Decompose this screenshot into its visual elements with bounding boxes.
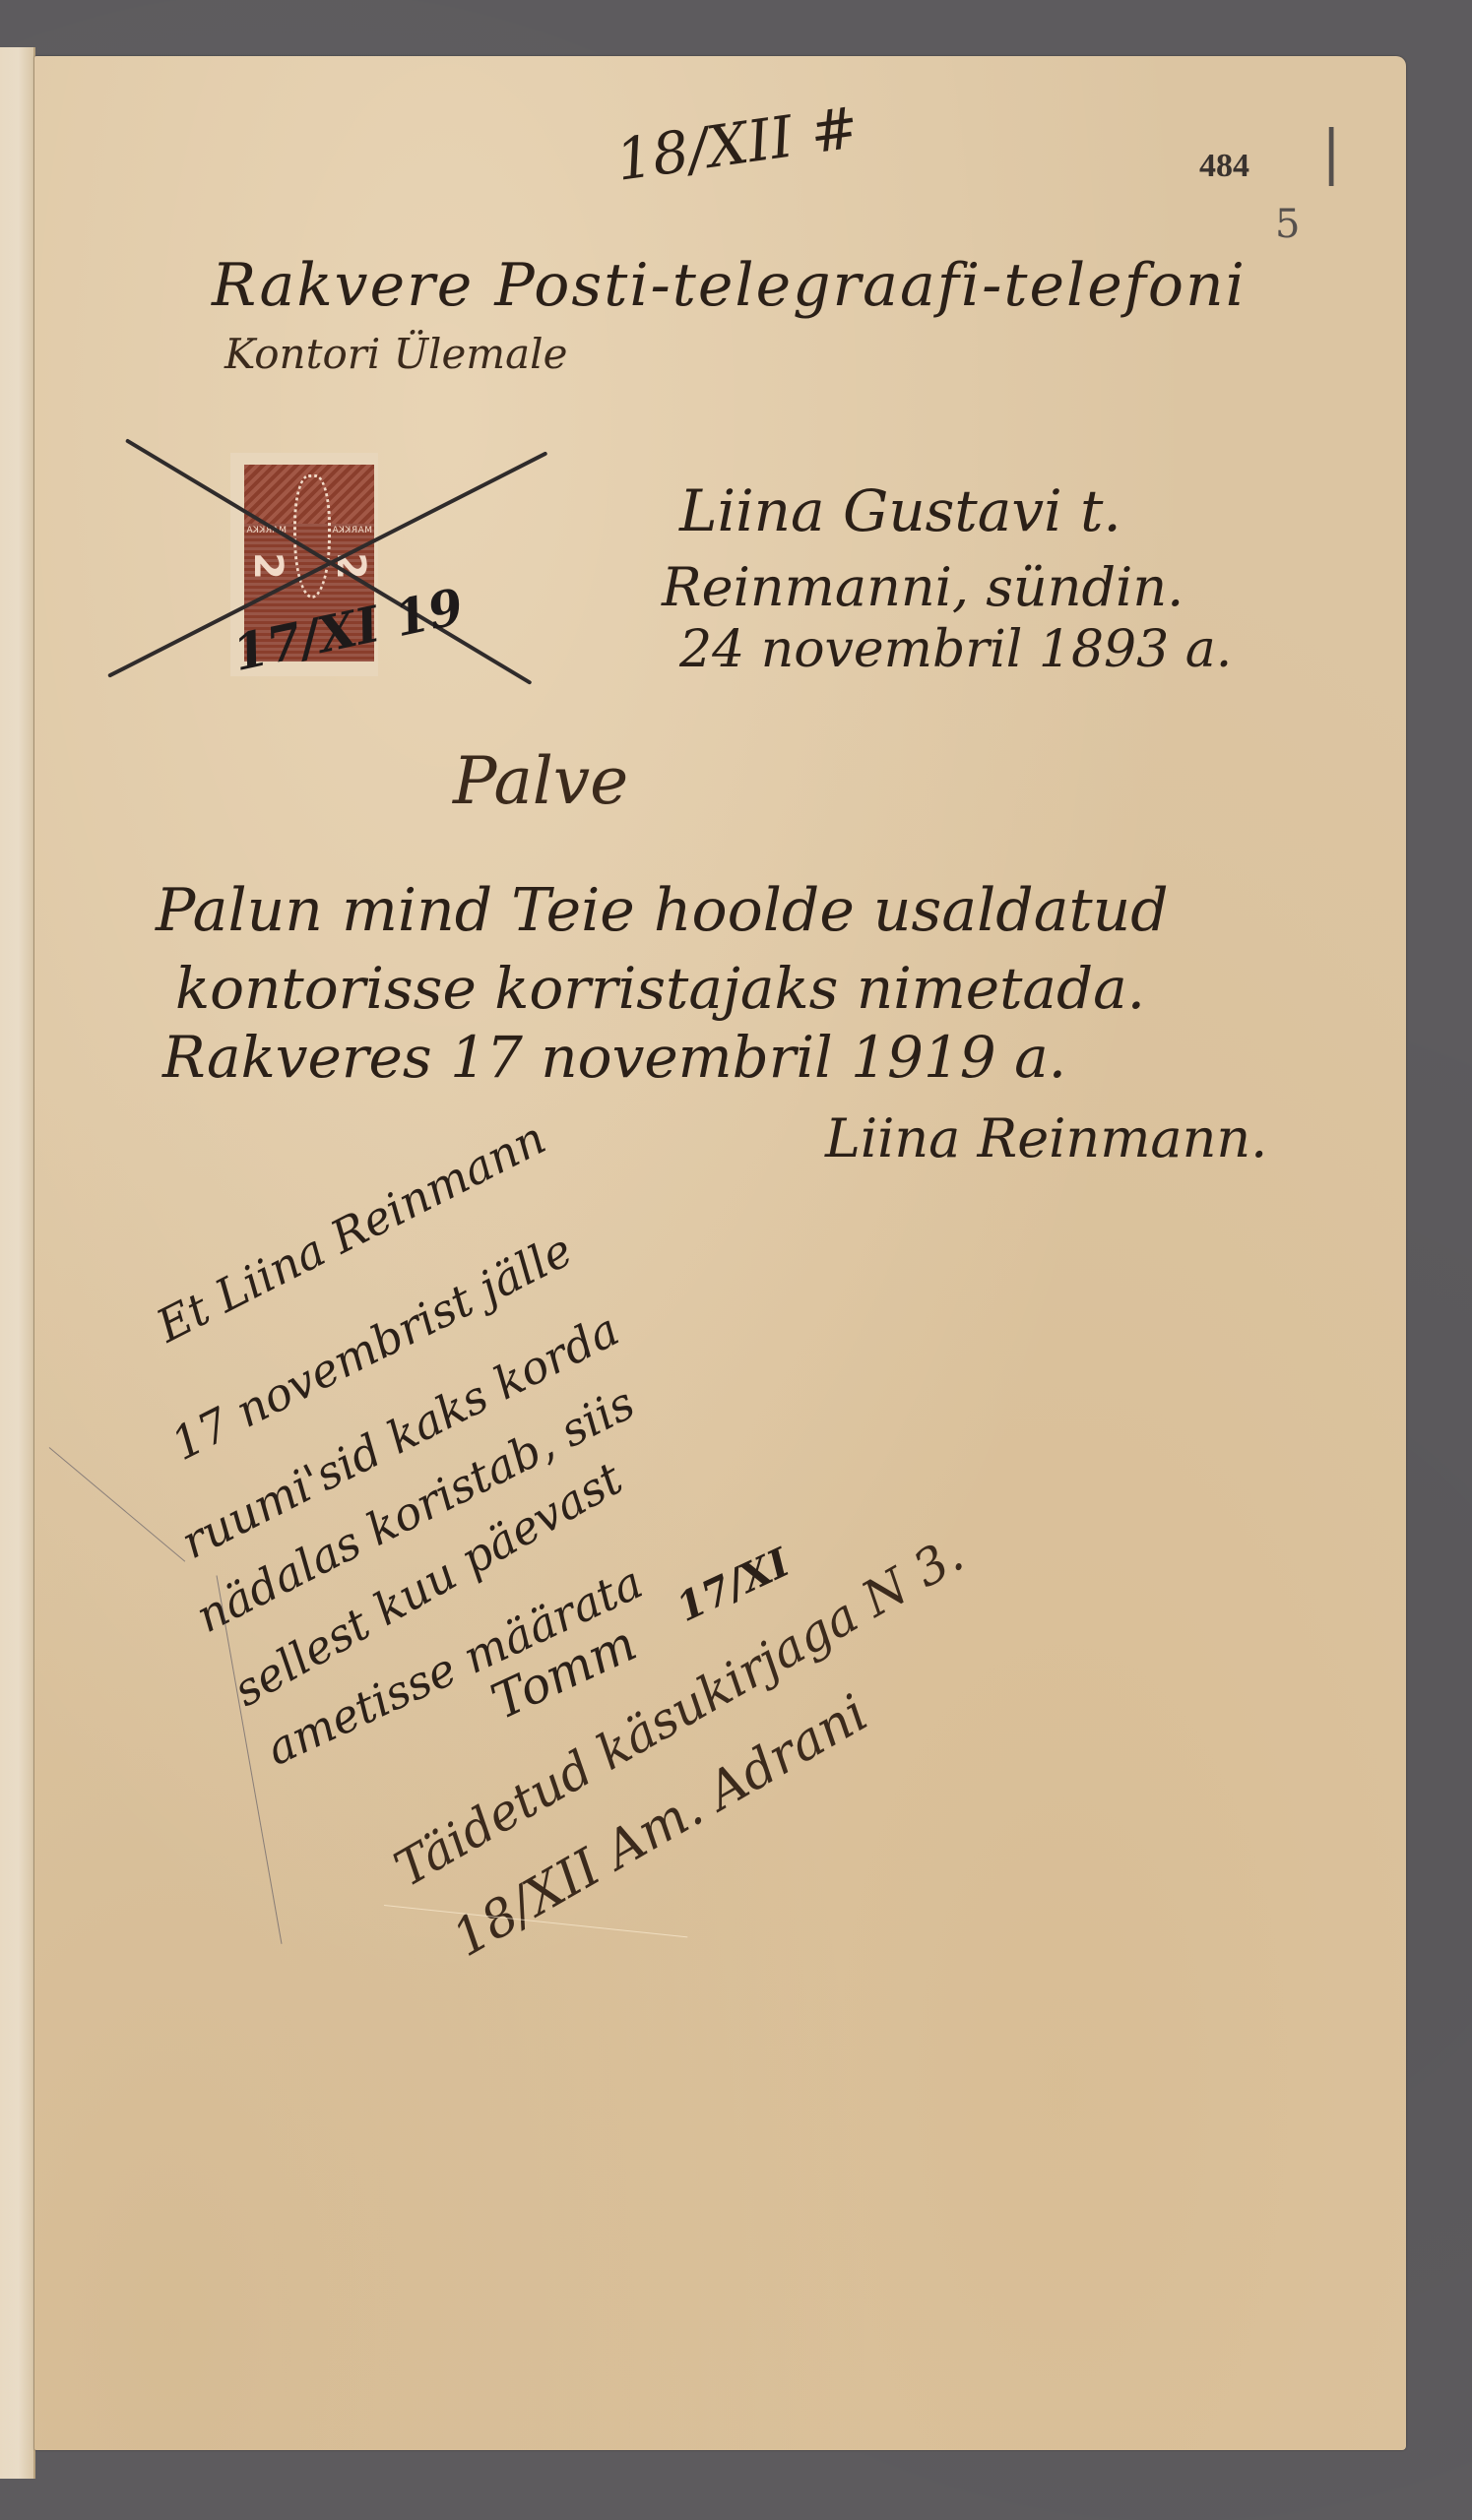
body-line-1: Palun mind Teie hoolde usaldatud <box>156 876 1169 945</box>
pencil-tick: | <box>1321 118 1341 187</box>
stamp-currency-right: MARKKA <box>332 526 372 535</box>
pencil-folio: 5 <box>1275 202 1300 247</box>
addressee-line-1: Rakvere Posti-telegraafi-telefoni <box>212 251 1247 320</box>
addressee-line-2: Kontori Ülemale <box>224 330 567 378</box>
body-line-2: kontorisse korristajaks nimetada. <box>175 955 1145 1022</box>
body-line-3: Rakveres 17 novembril 1919 a. <box>162 1024 1066 1091</box>
sender-line-1: Liina Gustavi t. <box>679 477 1121 544</box>
archive-number: 484 <box>1199 148 1249 185</box>
applicant-signature: Liina Reinmann. <box>825 1107 1267 1169</box>
adjacent-page-edge <box>0 47 35 2479</box>
sender-line-2: Reinmanni, sündin. <box>662 556 1184 618</box>
sender-line-3: 24 novembril 1893 a. <box>679 620 1232 679</box>
document-title: Palve <box>453 743 628 819</box>
stamp-denomination-left: 2 <box>245 552 290 580</box>
document-sheet <box>34 56 1406 2450</box>
